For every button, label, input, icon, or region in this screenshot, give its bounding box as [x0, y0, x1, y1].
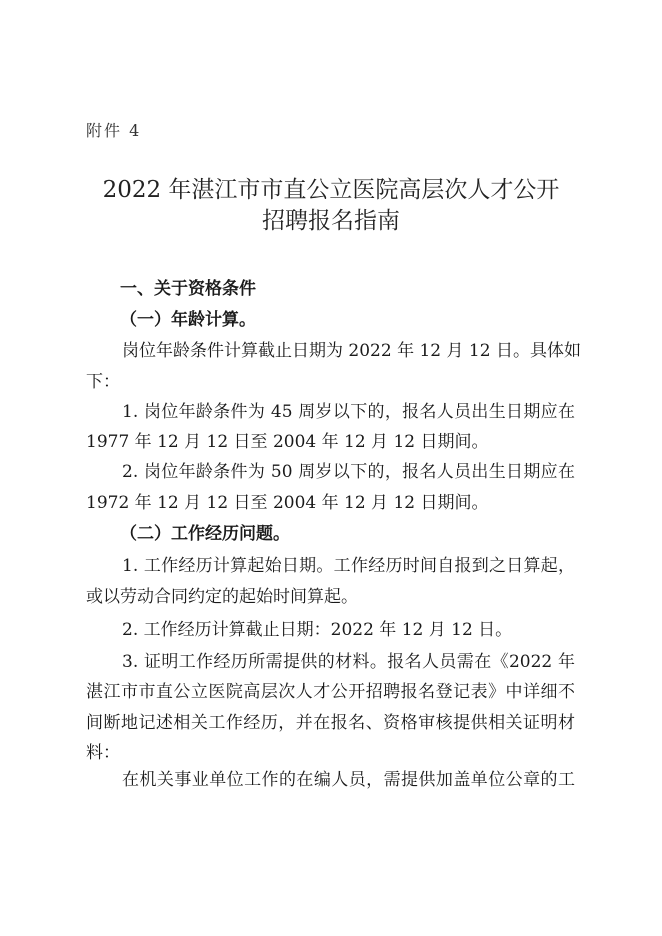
paragraph-line: 1. 工作经历计算起始日期。工作经历时间自报到之日算起，: [122, 556, 575, 576]
paragraph-line: 3. 证明工作经历所需提供的材料。报名人员需在《2022 年: [122, 652, 575, 672]
page-title-line-2: 招聘报名指南: [60, 207, 602, 235]
section-heading-qualifications: 一、关于资格条件: [120, 279, 256, 299]
paragraph-line: 1. 岗位年龄条件为 45 周岁以下的，报名人员出生日期应在: [122, 402, 575, 422]
attachment-label: 附件 4: [86, 121, 141, 141]
paragraph-line: 在机关事业单位工作的在编人员，需提供加盖单位公章的工: [122, 770, 575, 790]
paragraph-line: 2. 工作经历计算截止日期：2022 年 12 月 12 日。: [122, 620, 512, 640]
document-page: 附件 4 2022 年湛江市市直公立医院高层次人才公开 招聘报名指南 一、关于资…: [0, 0, 662, 936]
paragraph-line: 岗位年龄条件计算截止日期为 2022 年 12 月 12 日。具体如: [122, 341, 575, 361]
paragraph-line: 或以劳动合同约定的起始时间算起。: [86, 587, 358, 607]
paragraph-line: 1972 年 12 月 12 日至 2004 年 12 月 12 日期间。: [86, 493, 489, 513]
paragraph-line: 下：: [86, 372, 120, 392]
subsection-heading-work-experience: （二）工作经历问题。: [120, 524, 290, 544]
paragraph-line: 湛江市市直公立医院高层次人才公开招聘报名登记表》中详细不: [86, 682, 575, 702]
paragraph-line: 1977 年 12 月 12 日至 2004 年 12 月 12 日期间。: [86, 432, 489, 452]
paragraph-line: 间断地记述相关工作经历，并在报名、资格审核提供相关证明材: [86, 713, 575, 733]
subsection-heading-age: （一）年龄计算。: [120, 310, 256, 330]
paragraph-line: 料：: [86, 743, 120, 763]
page-title-line-1: 2022 年湛江市市直公立医院高层次人才公开: [60, 176, 602, 204]
paragraph-line: 2. 岗位年龄条件为 50 周岁以下的，报名人员出生日期应在: [122, 462, 575, 482]
